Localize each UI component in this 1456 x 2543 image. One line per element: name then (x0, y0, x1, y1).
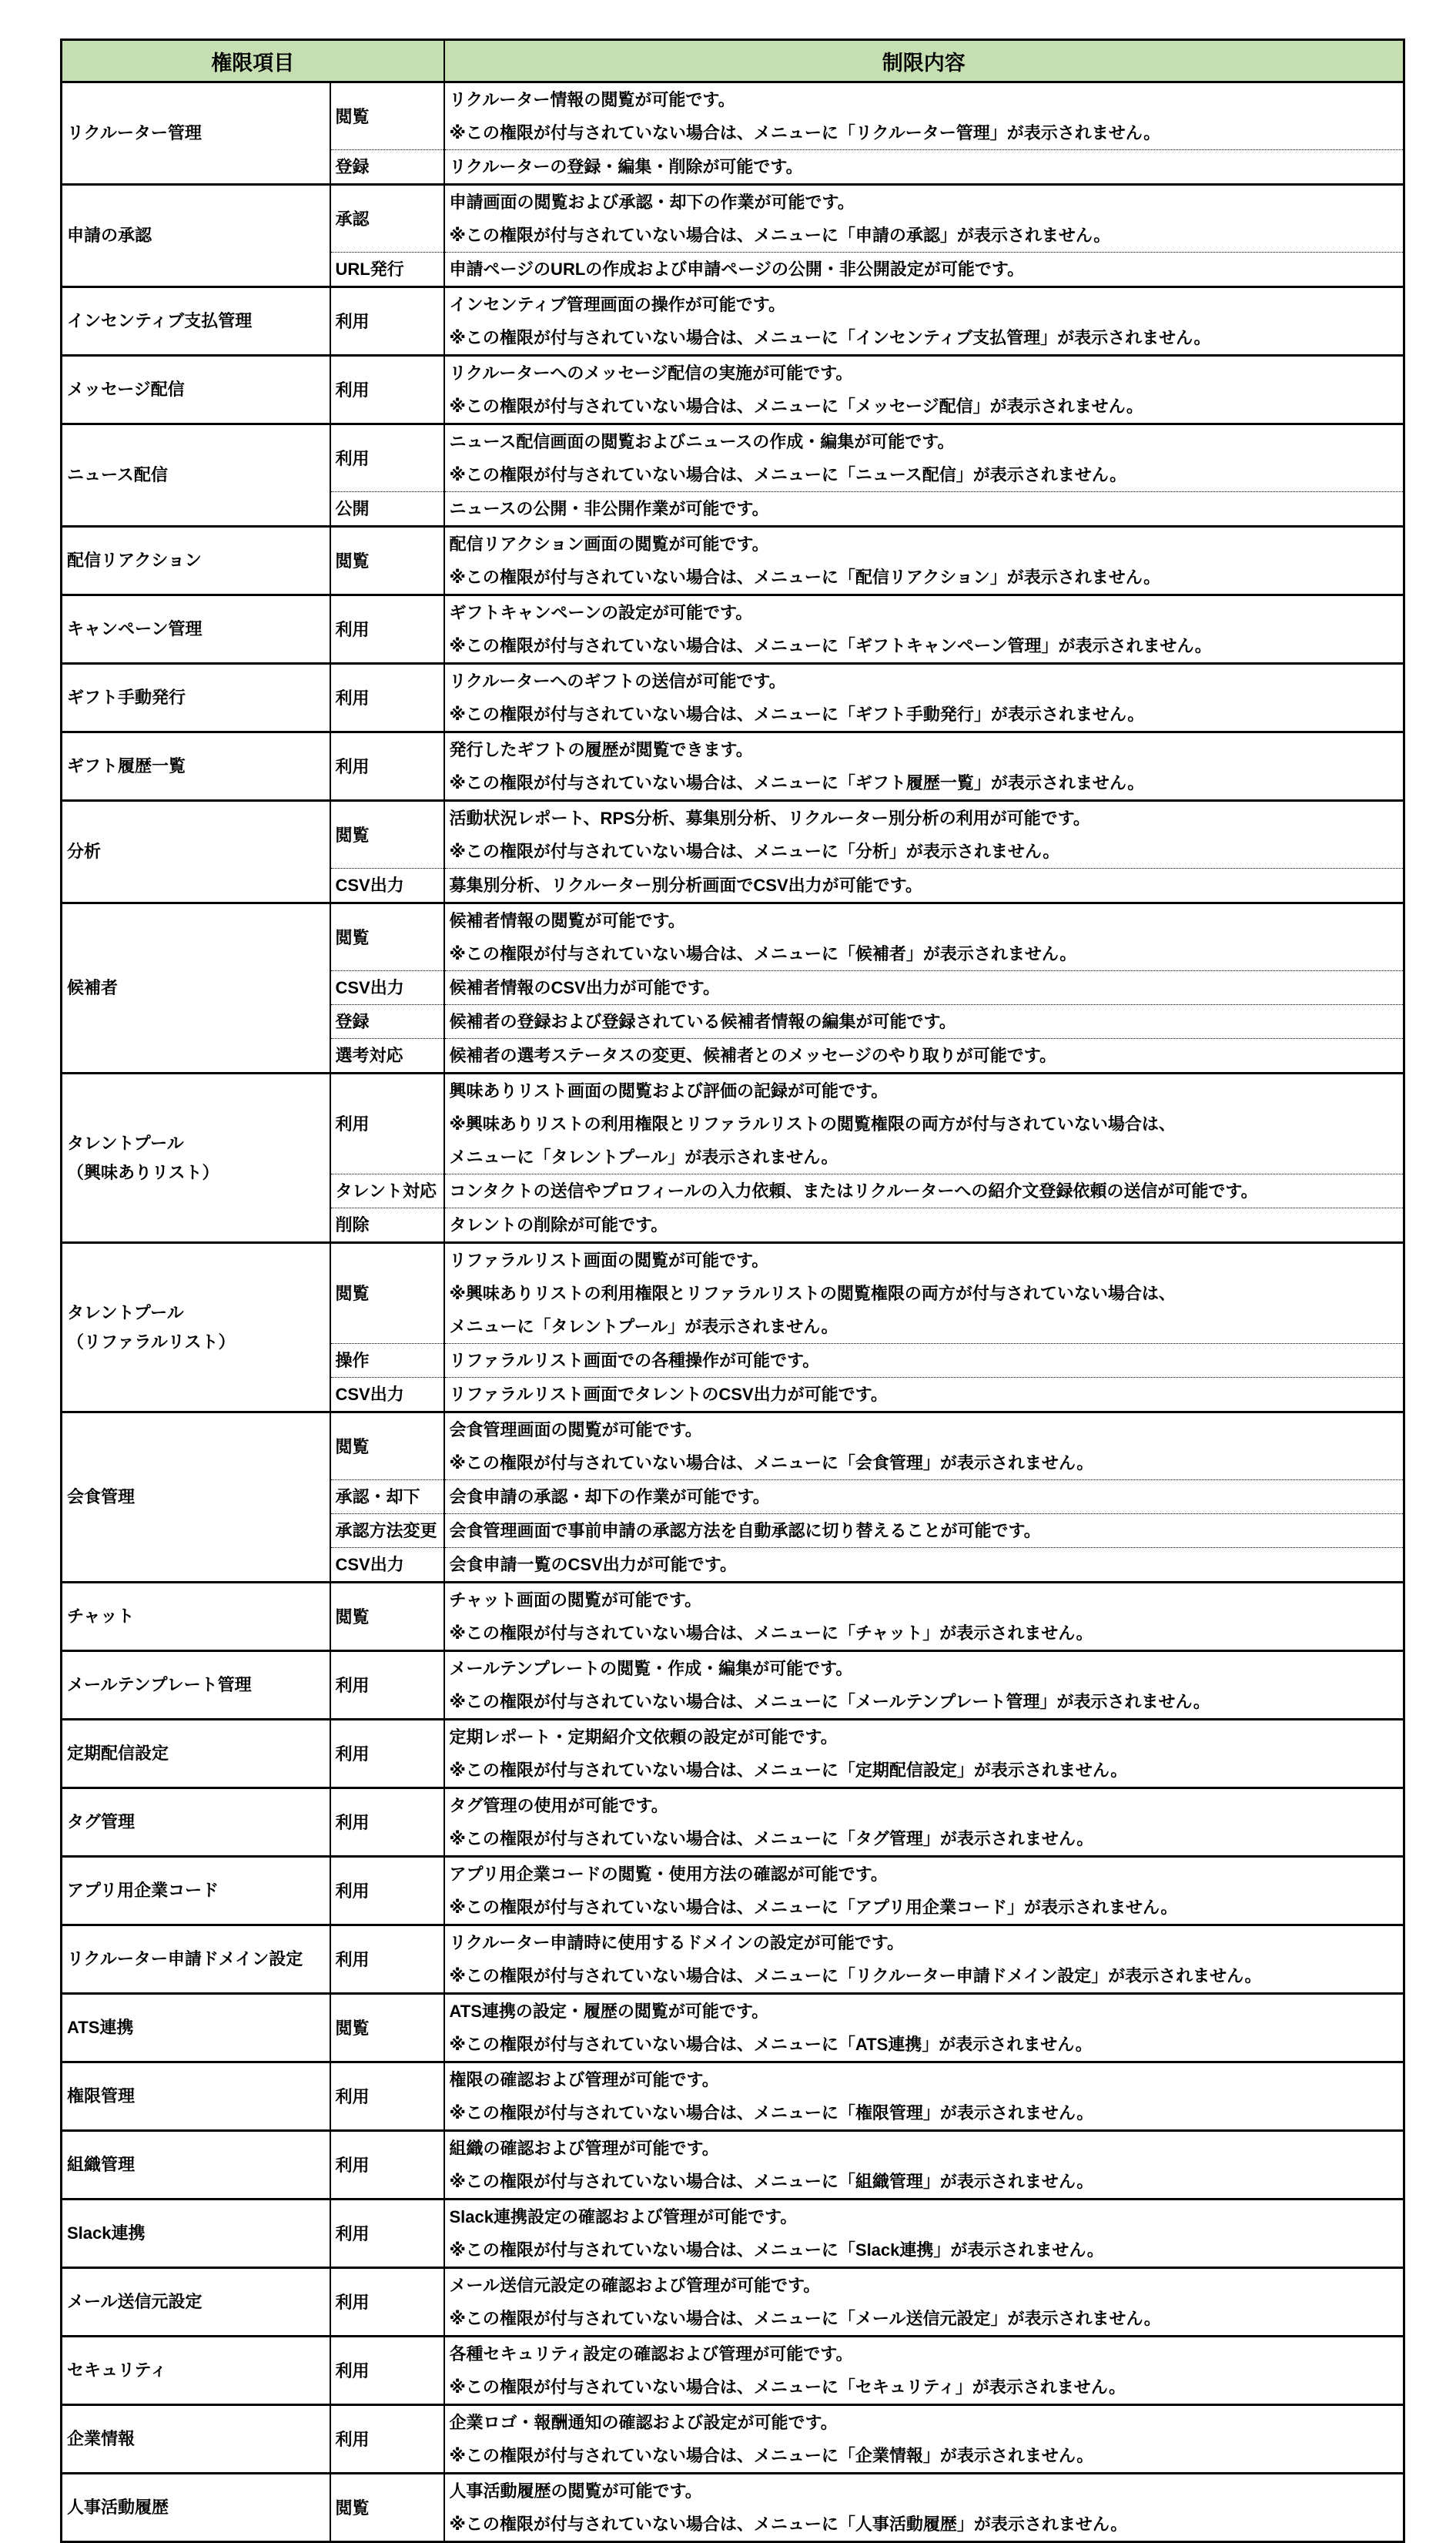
restriction-line: ※この権限が付与されていない場合は、メニューに「リクルーター申請ドメイン設定」が… (450, 1959, 1399, 1992)
restriction-line: インセンティブ管理画面の操作が可能です。 (450, 288, 1399, 321)
table-row: メッセージ配信利用リクルーターへのメッセージ配信の実施が可能です。※この権限が付… (62, 356, 1404, 424)
permission-type-cell: 承認方法変更 (330, 1514, 444, 1548)
permission-type-label: 選考対応 (336, 1039, 439, 1072)
permission-type-label: CSV出力 (336, 869, 439, 902)
restriction-line: ※この権限が付与されていない場合は、メニューに「人事活動履歴」が表示されません。 (450, 2508, 1399, 2541)
restriction-cell: リクルーターの登録・編集・削除が可能です。 (444, 150, 1404, 185)
table-row: 候補者閲覧候補者情報の閲覧が可能です。※この権限が付与されていない場合は、メニュ… (62, 903, 1404, 971)
restriction-cell: 候補者の選考ステータスの変更、候補者とのメッセージのやり取りが可能です。 (444, 1039, 1404, 1074)
restriction-cell: メールテンプレートの閲覧・作成・編集が可能です。※この権限が付与されていない場合… (444, 1651, 1404, 1720)
permission-type-cell: 利用 (330, 424, 444, 492)
restriction-line: メニューに「タレントプール」が表示されません。 (450, 1141, 1399, 1174)
category-label: ギフト履歴一覧 (67, 752, 325, 781)
table-row: 申請の承認承認申請画面の閲覧および承認・却下の作業が可能です。※この権限が付与さ… (62, 185, 1404, 253)
category-cell: ATS連携 (62, 1994, 330, 2062)
restriction-cell: タレントの削除が可能です。 (444, 1208, 1404, 1243)
category-cell: ギフト履歴一覧 (62, 732, 330, 801)
permission-type-cell: 公開 (330, 492, 444, 527)
permission-type-cell: 承認・却下 (330, 1480, 444, 1514)
category-label: （リファラルリスト） (67, 1328, 325, 1357)
restriction-line: ※この権限が付与されていない場合は、メニューに「インセンティブ支払管理」が表示さ… (450, 321, 1399, 354)
permission-type-label: 承認・却下 (336, 1480, 439, 1513)
restriction-line: アプリ用企業コードの閲覧・使用方法の確認が可能です。 (450, 1858, 1399, 1891)
permission-type-cell: 閲覧 (330, 527, 444, 595)
category-label: 組織管理 (67, 2150, 325, 2179)
category-label: タレントプール (67, 1129, 325, 1158)
category-cell: メールテンプレート管理 (62, 1651, 330, 1720)
permission-type-label: 利用 (336, 2149, 439, 2182)
restriction-cell: 各種セキュリティ設定の確認および管理が可能です。※この権限が付与されていない場合… (444, 2337, 1404, 2405)
restriction-cell: 申請ページのURLの作成および申請ページの公開・非公開設定が可能です。 (444, 253, 1404, 287)
table-row: インセンティブ支払管理利用インセンティブ管理画面の操作が可能です。※この権限が付… (62, 287, 1404, 356)
permission-type-cell: 利用 (330, 664, 444, 732)
category-cell: リクルーター申請ドメイン設定 (62, 1925, 330, 1994)
permission-type-cell: 利用 (330, 1925, 444, 1994)
restriction-line: 申請ページのURLの作成および申請ページの公開・非公開設定が可能です。 (450, 253, 1399, 286)
permission-type-cell: タレント対応 (330, 1174, 444, 1208)
permission-type-cell: 削除 (330, 1208, 444, 1243)
category-cell: 組織管理 (62, 2131, 330, 2200)
category-label: 候補者 (67, 973, 325, 1003)
table-row: 企業情報利用企業ロゴ・報酬通知の確認および設定が可能です。※この権限が付与されて… (62, 2405, 1404, 2474)
restriction-line: ※この権限が付与されていない場合は、メニューに「分析」が表示されません。 (450, 835, 1399, 868)
restriction-line: ATS連携の設定・履歴の閲覧が可能です。 (450, 1995, 1399, 2028)
permission-type-cell: 閲覧 (330, 82, 444, 150)
category-label: インセンティブ支払管理 (67, 307, 325, 336)
restriction-line: メール送信元設定の確認および管理が可能です。 (450, 2269, 1399, 2302)
table-row: 権限管理利用権限の確認および管理が可能です。※この権限が付与されていない場合は、… (62, 2062, 1404, 2131)
permission-type-label: 操作 (336, 1344, 439, 1377)
restriction-line: リファラルリスト画面の閲覧が可能です。 (450, 1244, 1399, 1277)
restriction-line: リクルーターの登録・編集・削除が可能です。 (450, 150, 1399, 183)
table-row: チャット閲覧チャット画面の閲覧が可能です。※この権限が付与されていない場合は、メ… (62, 1583, 1404, 1651)
restriction-cell: インセンティブ管理画面の操作が可能です。※この権限が付与されていない場合は、メニ… (444, 287, 1404, 356)
table-row: セキュリティ利用各種セキュリティ設定の確認および管理が可能です。※この権限が付与… (62, 2337, 1404, 2405)
category-cell: タレントプール（興味ありリスト） (62, 1074, 330, 1243)
header-restriction-content: 制限内容 (444, 40, 1404, 82)
restriction-line: ※この権限が付与されていない場合は、メニューに「候補者」が表示されません。 (450, 937, 1399, 970)
table-row: 分析閲覧活動状況レポート、RPS分析、募集別分析、リクルーター別分析の利用が可能… (62, 801, 1404, 869)
restriction-cell: リクルーター情報の閲覧が可能です。※この権限が付与されていない場合は、メニューに… (444, 82, 1404, 150)
table-row: ギフト手動発行利用リクルーターへのギフトの送信が可能です。※この権限が付与されて… (62, 664, 1404, 732)
restriction-cell: Slack連携設定の確認および管理が可能です。※この権限が付与されていない場合は… (444, 2200, 1404, 2268)
permission-type-cell: 利用 (330, 287, 444, 356)
permission-type-cell: CSV出力 (330, 971, 444, 1005)
restriction-line: ※この権限が付与されていない場合は、メニューに「ギフト手動発行」が表示されません… (450, 698, 1399, 731)
restriction-cell: タグ管理の使用が可能です。※この権限が付与されていない場合は、メニューに「タグ管… (444, 1788, 1404, 1857)
restriction-line: 定期レポート・定期紹介文依頼の設定が可能です。 (450, 1720, 1399, 1754)
restriction-line: コンタクトの送信やプロフィールの入力依頼、またはリクルーターへの紹介文登録依頼の… (450, 1174, 1399, 1208)
restriction-line: タグ管理の使用が可能です。 (450, 1789, 1399, 1822)
permission-type-label: 閲覧 (336, 100, 439, 133)
permission-type-cell: 閲覧 (330, 1583, 444, 1651)
permission-type-cell: 利用 (330, 2268, 444, 2337)
restriction-line: 候補者情報のCSV出力が可能です。 (450, 971, 1399, 1004)
permission-type-label: CSV出力 (336, 971, 439, 1004)
restriction-cell: ギフトキャンペーンの設定が可能です。※この権限が付与されていない場合は、メニュー… (444, 595, 1404, 664)
restriction-line: 各種セキュリティ設定の確認および管理が可能です。 (450, 2337, 1399, 2370)
permission-type-label: 登録 (336, 1005, 439, 1038)
restriction-line: 人事活動履歴の閲覧が可能です。 (450, 2474, 1399, 2508)
permission-type-cell: 利用 (330, 1074, 444, 1174)
permission-type-label: 利用 (336, 2354, 439, 2387)
category-label: 配信リアクション (67, 546, 325, 575)
table-row: Slack連携利用Slack連携設定の確認および管理が可能です。※この権限が付与… (62, 2200, 1404, 2268)
restriction-line: 企業ロゴ・報酬通知の確認および設定が可能です。 (450, 2406, 1399, 2439)
category-cell: 会食管理 (62, 1412, 330, 1583)
table-row: タレントプール（興味ありリスト）利用興味ありリスト画面の閲覧および評価の記録が可… (62, 1074, 1404, 1174)
category-label: 人事活動履歴 (67, 2493, 325, 2522)
restriction-cell: リクルーターへのギフトの送信が可能です。※この権限が付与されていない場合は、メニ… (444, 664, 1404, 732)
restriction-line: ※興味ありリストの利用権限とリファラルリストの閲覧権限の両方が付与されていない場… (450, 1107, 1399, 1141)
permission-type-label: 閲覧 (336, 544, 439, 578)
restriction-line: ※この権限が付与されていない場合は、メニューに「チャット」が表示されません。 (450, 1617, 1399, 1650)
restriction-line: ※この権限が付与されていない場合は、メニューに「リクルーター管理」が表示されませ… (450, 116, 1399, 149)
category-cell: 定期配信設定 (62, 1720, 330, 1788)
restriction-line: 興味ありリスト画面の閲覧および評価の記録が可能です。 (450, 1074, 1399, 1107)
restriction-line: ※この権限が付与されていない場合は、メニューに「セキュリティ」が表示されません。 (450, 2370, 1399, 2404)
table-row: リクルーター管理閲覧リクルーター情報の閲覧が可能です。※この権限が付与されていな… (62, 82, 1404, 150)
category-cell: チャット (62, 1583, 330, 1651)
restriction-line: ※この権限が付与されていない場合は、メニューに「タグ管理」が表示されません。 (450, 1822, 1399, 1855)
category-cell: タレントプール（リファラルリスト） (62, 1243, 330, 1412)
restriction-line: ※この権限が付与されていない場合は、メニューに「企業情報」が表示されません。 (450, 2439, 1399, 2472)
restriction-cell: 権限の確認および管理が可能です。※この権限が付与されていない場合は、メニューに「… (444, 2062, 1404, 2131)
table-row: ATS連携閲覧ATS連携の設定・履歴の閲覧が可能です。※この権限が付与されていな… (62, 1994, 1404, 2062)
permission-type-cell: CSV出力 (330, 869, 444, 903)
category-label: 権限管理 (67, 2082, 325, 2111)
restriction-cell: コンタクトの送信やプロフィールの入力依頼、またはリクルーターへの紹介文登録依頼の… (444, 1174, 1404, 1208)
permission-type-label: 閲覧 (336, 2491, 439, 2525)
table-row: 人事活動履歴閲覧人事活動履歴の閲覧が可能です。※この権限が付与されていない場合は… (62, 2474, 1404, 2542)
restriction-cell: リクルーターへのメッセージ配信の実施が可能です。※この権限が付与されていない場合… (444, 356, 1404, 424)
permission-type-label: 閲覧 (336, 2012, 439, 2045)
restriction-line: リファラルリスト画面での各種操作が可能です。 (450, 1344, 1399, 1377)
table-row: ギフト履歴一覧利用発行したギフトの履歴が閲覧できます。※この権限が付与されていな… (62, 732, 1404, 801)
restriction-cell: 会食管理画面で事前申請の承認方法を自動承認に切り替えることが可能です。 (444, 1514, 1404, 1548)
category-label: メッセージ配信 (67, 375, 325, 404)
category-cell: リクルーター管理 (62, 82, 330, 185)
permission-type-cell: 登録 (330, 150, 444, 185)
permission-type-label: 利用 (336, 682, 439, 715)
permissions-document: 権限項目 制限内容 リクルーター管理閲覧リクルーター情報の閲覧が可能です。※この… (60, 39, 1405, 2543)
restriction-cell: 会食管理画面の閲覧が可能です。※この権限が付与されていない場合は、メニューに「会… (444, 1412, 1404, 1480)
restriction-line: ※この権限が付与されていない場合は、メニューに「ニュース配信」が表示されません。 (450, 458, 1399, 491)
restriction-line: ※この権限が付与されていない場合は、メニューに「メールテンプレート管理」が表示さ… (450, 1685, 1399, 1718)
category-cell: 候補者 (62, 903, 330, 1074)
permission-type-cell: 利用 (330, 2131, 444, 2200)
permission-type-label: 利用 (336, 750, 439, 783)
permission-type-label: 利用 (336, 1107, 439, 1141)
restriction-line: ※この権限が付与されていない場合は、メニューに「会食管理」が表示されません。 (450, 1446, 1399, 1479)
category-label: ニュース配信 (67, 461, 325, 490)
category-cell: 配信リアクション (62, 527, 330, 595)
restriction-line: ※この権限が付与されていない場合は、メニューに「申請の承認」が表示されません。 (450, 219, 1399, 252)
restriction-cell: 活動状況レポート、RPS分析、募集別分析、リクルーター別分析の利用が可能です。※… (444, 801, 1404, 869)
category-cell: キャンペーン管理 (62, 595, 330, 664)
restriction-cell: リファラルリスト画面での各種操作が可能です。 (444, 1344, 1404, 1378)
permission-type-label: 閲覧 (336, 921, 439, 954)
restriction-line: 会食管理画面の閲覧が可能です。 (450, 1413, 1399, 1446)
category-label: 申請の承認 (67, 221, 325, 250)
permission-type-label: タレント対応 (336, 1174, 439, 1208)
permission-type-label: 利用 (336, 1875, 439, 1908)
restriction-line: 募集別分析、リクルーター別分析画面でCSV出力が可能です。 (450, 869, 1399, 902)
restriction-line: ※この権限が付与されていない場合は、メニューに「メール送信元設定」が表示されませ… (450, 2302, 1399, 2335)
permission-type-cell: 選考対応 (330, 1039, 444, 1074)
permission-type-label: 閲覧 (336, 1430, 439, 1463)
restriction-cell: 組織の確認および管理が可能です。※この権限が付与されていない場合は、メニューに「… (444, 2131, 1404, 2200)
restriction-line: 会食申請の承認・却下の作業が可能です。 (450, 1480, 1399, 1513)
permission-type-label: CSV出力 (336, 1548, 439, 1581)
restriction-line: ニュース配信画面の閲覧およびニュースの作成・編集が可能です。 (450, 425, 1399, 458)
permission-type-cell: 利用 (330, 732, 444, 801)
restriction-line: 候補者の登録および登録されている候補者情報の編集が可能です。 (450, 1005, 1399, 1038)
category-label: メール送信元設定 (67, 2287, 325, 2317)
permission-type-label: 公開 (336, 492, 439, 525)
category-label: （興味ありリスト） (67, 1158, 325, 1188)
restriction-line: 組織の確認および管理が可能です。 (450, 2132, 1399, 2165)
restriction-line: 申請画面の閲覧および承認・却下の作業が可能です。 (450, 186, 1399, 219)
restriction-cell: ニュース配信画面の閲覧およびニュースの作成・編集が可能です。※この権限が付与され… (444, 424, 1404, 492)
restriction-cell: 興味ありリスト画面の閲覧および評価の記録が可能です。※興味ありリストの利用権限と… (444, 1074, 1404, 1174)
header-permission-items: 権限項目 (62, 40, 444, 82)
restriction-cell: リファラルリスト画面でタレントのCSV出力が可能です。 (444, 1378, 1404, 1412)
permission-type-cell: 利用 (330, 1788, 444, 1857)
permission-type-cell: 利用 (330, 595, 444, 664)
restriction-line: ※この権限が付与されていない場合は、メニューに「Slack連携」が表示されません… (450, 2233, 1399, 2267)
restriction-cell: ATS連携の設定・履歴の閲覧が可能です。※この権限が付与されていない場合は、メニ… (444, 1994, 1404, 2062)
permissions-table: 権限項目 制限内容 リクルーター管理閲覧リクルーター情報の閲覧が可能です。※この… (60, 39, 1405, 2543)
table-row: タレントプール（リファラルリスト）閲覧リファラルリスト画面の閲覧が可能です。※興… (62, 1243, 1404, 1344)
permission-type-label: 削除 (336, 1208, 439, 1241)
restriction-line: 配信リアクション画面の閲覧が可能です。 (450, 528, 1399, 561)
category-label: タグ管理 (67, 1808, 325, 1837)
restriction-line: 候補者情報の閲覧が可能です。 (450, 904, 1399, 937)
category-label: タレントプール (67, 1298, 325, 1328)
restriction-cell: リクルーター申請時に使用するドメインの設定が可能です。※この権限が付与されていな… (444, 1925, 1404, 1994)
permission-type-cell: 利用 (330, 2200, 444, 2268)
category-cell: メール送信元設定 (62, 2268, 330, 2337)
table-header-row: 権限項目 制限内容 (62, 40, 1404, 82)
table-row: タグ管理利用タグ管理の使用が可能です。※この権限が付与されていない場合は、メニュ… (62, 1788, 1404, 1857)
restriction-cell: ニュースの公開・非公開作業が可能です。 (444, 492, 1404, 527)
permission-type-label: URL発行 (336, 253, 439, 286)
restriction-line: ※この権限が付与されていない場合は、メニューに「ギフト履歴一覧」が表示されません… (450, 766, 1399, 799)
category-label: リクルーター申請ドメイン設定 (67, 1945, 325, 1974)
permission-type-cell: 利用 (330, 356, 444, 424)
permission-type-cell: CSV出力 (330, 1378, 444, 1412)
permission-type-cell: 閲覧 (330, 1994, 444, 2062)
permission-type-cell: 利用 (330, 2337, 444, 2405)
permission-type-cell: 閲覧 (330, 1412, 444, 1480)
restriction-cell: 募集別分析、リクルーター別分析画面でCSV出力が可能です。 (444, 869, 1404, 903)
restriction-cell: 候補者情報の閲覧が可能です。※この権限が付与されていない場合は、メニューに「候補… (444, 903, 1404, 971)
restriction-line: ※この権限が付与されていない場合は、メニューに「定期配信設定」が表示されません。 (450, 1754, 1399, 1787)
table-row: 会食管理閲覧会食管理画面の閲覧が可能です。※この権限が付与されていない場合は、メ… (62, 1412, 1404, 1480)
restriction-cell: 配信リアクション画面の閲覧が可能です。※この権限が付与されていない場合は、メニュ… (444, 527, 1404, 595)
permission-type-cell: 利用 (330, 1857, 444, 1925)
table-row: 定期配信設定利用定期レポート・定期紹介文依頼の設定が可能です。※この権限が付与さ… (62, 1720, 1404, 1788)
permission-type-label: 利用 (336, 442, 439, 475)
restriction-line: ギフトキャンペーンの設定が可能です。 (450, 596, 1399, 629)
restriction-line: 会食申請一覧のCSV出力が可能です。 (450, 1548, 1399, 1581)
restriction-line: タレントの削除が可能です。 (450, 1208, 1399, 1241)
category-label: ATS連携 (67, 2013, 325, 2042)
permission-type-label: 利用 (336, 1669, 439, 1702)
category-label: アプリ用企業コード (67, 1876, 325, 1905)
permission-type-label: 利用 (336, 1943, 439, 1976)
table-row: キャンペーン管理利用ギフトキャンペーンの設定が可能です。※この権限が付与されてい… (62, 595, 1404, 664)
category-label: メールテンプレート管理 (67, 1670, 325, 1700)
restriction-line: チャット画面の閲覧が可能です。 (450, 1583, 1399, 1617)
restriction-line: リクルーター申請時に使用するドメインの設定が可能です。 (450, 1926, 1399, 1959)
table-row: 配信リアクション閲覧配信リアクション画面の閲覧が可能です。※この権限が付与されて… (62, 527, 1404, 595)
restriction-line: メニューに「タレントプール」が表示されません。 (450, 1310, 1399, 1343)
permission-type-cell: 操作 (330, 1344, 444, 1378)
category-cell: 権限管理 (62, 2062, 330, 2131)
permission-type-cell: 利用 (330, 1651, 444, 1720)
restriction-line: 権限の確認および管理が可能です。 (450, 2063, 1399, 2096)
category-cell: Slack連携 (62, 2200, 330, 2268)
category-cell: ニュース配信 (62, 424, 330, 527)
permission-type-label: 利用 (336, 374, 439, 407)
restriction-line: ※この権限が付与されていない場合は、メニューに「ギフトキャンペーン管理」が表示さ… (450, 629, 1399, 662)
restriction-line: リファラルリスト画面でタレントのCSV出力が可能です。 (450, 1378, 1399, 1411)
permission-type-label: 利用 (336, 2217, 439, 2250)
category-label: Slack連携 (67, 2219, 325, 2248)
restriction-line: ※この権限が付与されていない場合は、メニューに「権限管理」が表示されません。 (450, 2096, 1399, 2129)
category-label: 企業情報 (67, 2424, 325, 2454)
category-label: 会食管理 (67, 1483, 325, 1512)
restriction-line: ※この権限が付与されていない場合は、メニューに「ATS連携」が表示されません。 (450, 2028, 1399, 2061)
table-row: リクルーター申請ドメイン設定利用リクルーター申請時に使用するドメインの設定が可能… (62, 1925, 1404, 1994)
restriction-cell: チャット画面の閲覧が可能です。※この権限が付与されていない場合は、メニューに「チ… (444, 1583, 1404, 1651)
category-cell: メッセージ配信 (62, 356, 330, 424)
permission-type-label: 閲覧 (336, 1600, 439, 1633)
category-cell: 申請の承認 (62, 185, 330, 287)
restriction-line: リクルーター情報の閲覧が可能です。 (450, 83, 1399, 116)
restriction-line: 活動状況レポート、RPS分析、募集別分析、リクルーター別分析の利用が可能です。 (450, 802, 1399, 835)
restriction-line: リクルーターへのギフトの送信が可能です。 (450, 665, 1399, 698)
restriction-cell: 候補者情報のCSV出力が可能です。 (444, 971, 1404, 1005)
permission-type-cell: 承認 (330, 185, 444, 253)
permission-type-cell: 閲覧 (330, 903, 444, 971)
restriction-line: リクルーターへのメッセージ配信の実施が可能です。 (450, 357, 1399, 390)
restriction-cell: 会食申請一覧のCSV出力が可能です。 (444, 1548, 1404, 1583)
permission-type-label: 利用 (336, 1806, 439, 1839)
restriction-line: ※この権限が付与されていない場合は、メニューに「配信リアクション」が表示されませ… (450, 561, 1399, 594)
table-row: メール送信元設定利用メール送信元設定の確認および管理が可能です。※この権限が付与… (62, 2268, 1404, 2337)
permission-type-label: 閲覧 (336, 1277, 439, 1310)
permission-type-cell: CSV出力 (330, 1548, 444, 1583)
permission-type-cell: 登録 (330, 1005, 444, 1039)
category-label: チャット (67, 1602, 325, 1631)
permission-type-cell: 利用 (330, 2405, 444, 2474)
restriction-line: Slack連携設定の確認および管理が可能です。 (450, 2200, 1399, 2233)
restriction-cell: リファラルリスト画面の閲覧が可能です。※興味ありリストの利用権限とリファラルリス… (444, 1243, 1404, 1344)
restriction-cell: 定期レポート・定期紹介文依頼の設定が可能です。※この権限が付与されていない場合は… (444, 1720, 1404, 1788)
category-cell: セキュリティ (62, 2337, 330, 2405)
category-label: 定期配信設定 (67, 1739, 325, 1768)
restriction-line: ※興味ありリストの利用権限とリファラルリストの閲覧権限の両方が付与されていない場… (450, 1277, 1399, 1310)
table-row: 組織管理利用組織の確認および管理が可能です。※この権限が付与されていない場合は、… (62, 2131, 1404, 2200)
restriction-line: ニュースの公開・非公開作業が可能です。 (450, 492, 1399, 525)
category-cell: タグ管理 (62, 1788, 330, 1857)
permission-type-label: 利用 (336, 613, 439, 646)
permission-type-label: 閲覧 (336, 819, 439, 852)
restriction-line: メールテンプレートの閲覧・作成・編集が可能です。 (450, 1652, 1399, 1685)
restriction-cell: 申請画面の閲覧および承認・却下の作業が可能です。※この権限が付与されていない場合… (444, 185, 1404, 253)
permission-type-cell: URL発行 (330, 253, 444, 287)
category-cell: 人事活動履歴 (62, 2474, 330, 2542)
permission-type-cell: 閲覧 (330, 1243, 444, 1344)
table-row: ニュース配信利用ニュース配信画面の閲覧およびニュースの作成・編集が可能です。※こ… (62, 424, 1404, 492)
restriction-line: ※この権限が付与されていない場合は、メニューに「メッセージ配信」が表示されません… (450, 390, 1399, 423)
permission-type-cell: 利用 (330, 2062, 444, 2131)
category-cell: インセンティブ支払管理 (62, 287, 330, 356)
permission-type-label: 利用 (336, 305, 439, 338)
permission-type-label: CSV出力 (336, 1378, 439, 1411)
restriction-line: 発行したギフトの履歴が閲覧できます。 (450, 733, 1399, 766)
category-label: 分析 (67, 837, 325, 866)
category-cell: ギフト手動発行 (62, 664, 330, 732)
category-cell: アプリ用企業コード (62, 1857, 330, 1925)
permission-type-label: 承認方法変更 (336, 1514, 439, 1547)
permission-type-label: 利用 (336, 2080, 439, 2113)
permission-type-cell: 閲覧 (330, 801, 444, 869)
restriction-cell: 発行したギフトの履歴が閲覧できます。※この権限が付与されていない場合は、メニュー… (444, 732, 1404, 801)
table-row: メールテンプレート管理利用メールテンプレートの閲覧・作成・編集が可能です。※この… (62, 1651, 1404, 1720)
restriction-cell: 人事活動履歴の閲覧が可能です。※この権限が付与されていない場合は、メニューに「人… (444, 2474, 1404, 2542)
category-label: リクルーター管理 (67, 119, 325, 148)
restriction-cell: 候補者の登録および登録されている候補者情報の編集が可能です。 (444, 1005, 1404, 1039)
restriction-line: 候補者の選考ステータスの変更、候補者とのメッセージのやり取りが可能です。 (450, 1039, 1399, 1072)
permission-type-label: 登録 (336, 150, 439, 183)
restriction-line: 会食管理画面で事前申請の承認方法を自動承認に切り替えることが可能です。 (450, 1514, 1399, 1547)
restriction-cell: 会食申請の承認・却下の作業が可能です。 (444, 1480, 1404, 1514)
category-cell: 分析 (62, 801, 330, 903)
permission-type-label: 利用 (336, 2423, 439, 2456)
restriction-line: ※この権限が付与されていない場合は、メニューに「組織管理」が表示されません。 (450, 2165, 1399, 2198)
category-label: セキュリティ (67, 2356, 325, 2385)
permission-type-label: 承認 (336, 203, 439, 236)
restriction-cell: アプリ用企業コードの閲覧・使用方法の確認が可能です。※この権限が付与されていない… (444, 1857, 1404, 1925)
permission-type-label: 利用 (336, 2286, 439, 2319)
table-row: アプリ用企業コード利用アプリ用企業コードの閲覧・使用方法の確認が可能です。※この… (62, 1857, 1404, 1925)
permission-type-label: 利用 (336, 1737, 439, 1771)
restriction-line: ※この権限が付与されていない場合は、メニューに「アプリ用企業コード」が表示されま… (450, 1891, 1399, 1924)
permission-type-cell: 利用 (330, 1720, 444, 1788)
category-cell: 企業情報 (62, 2405, 330, 2474)
category-label: キャンペーン管理 (67, 615, 325, 644)
restriction-cell: 企業ロゴ・報酬通知の確認および設定が可能です。※この権限が付与されていない場合は… (444, 2405, 1404, 2474)
permission-type-cell: 閲覧 (330, 2474, 444, 2542)
restriction-cell: メール送信元設定の確認および管理が可能です。※この権限が付与されていない場合は、… (444, 2268, 1404, 2337)
category-label: ギフト手動発行 (67, 683, 325, 712)
